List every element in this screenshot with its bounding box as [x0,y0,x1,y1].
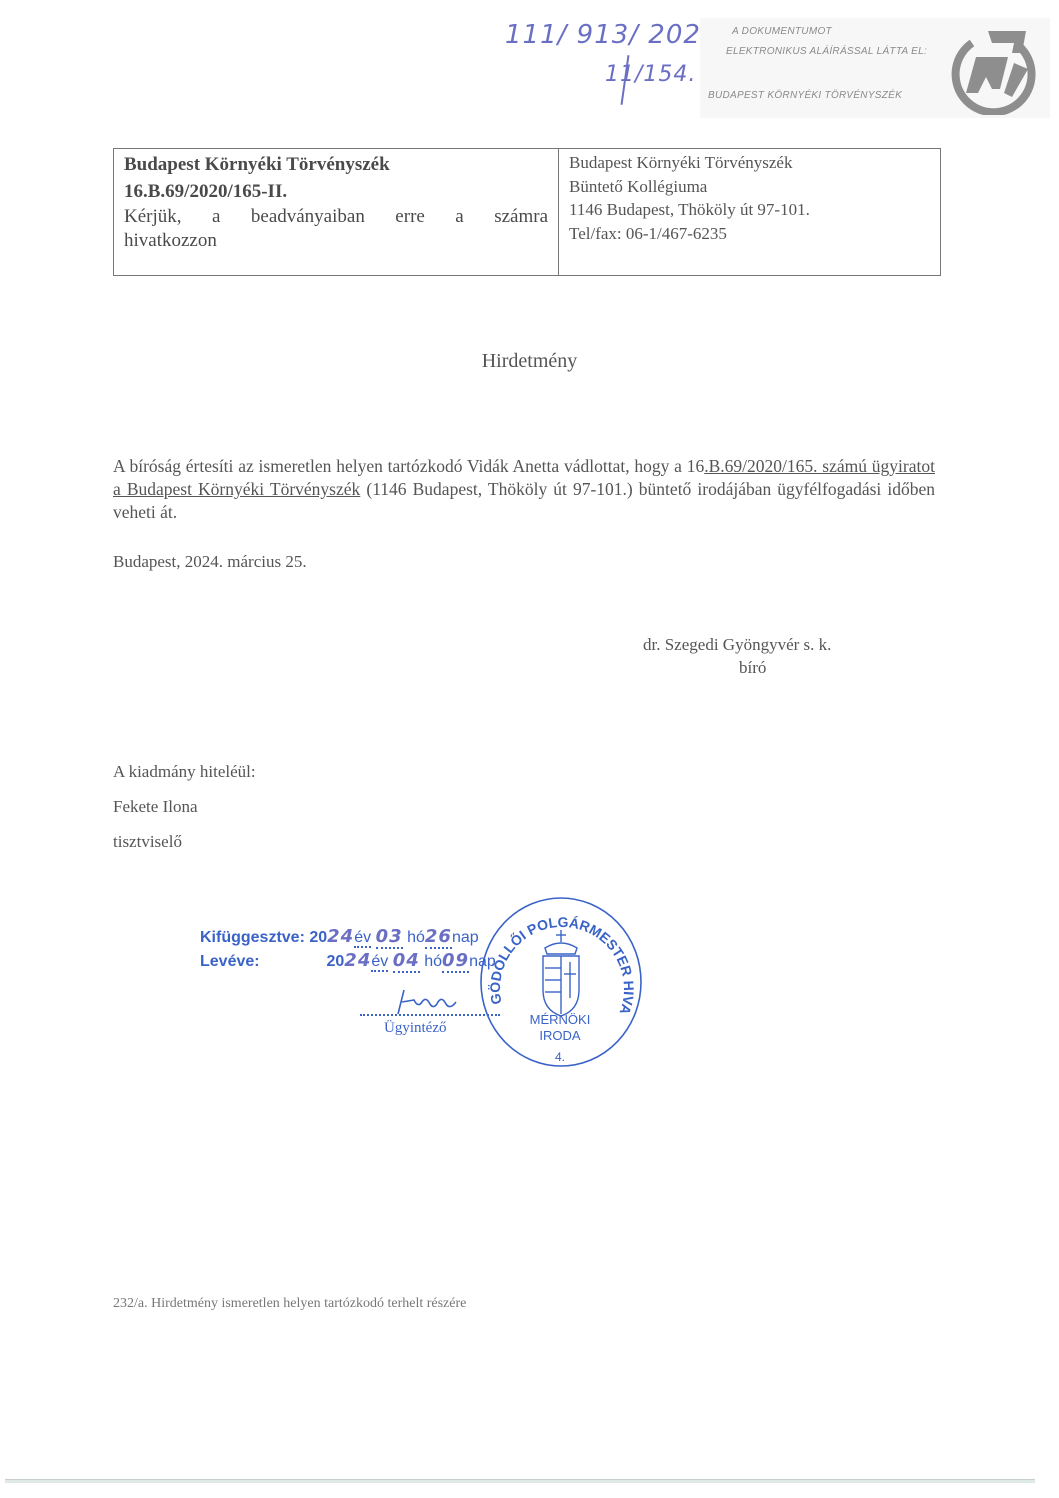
seal-line2: IRODA [475,1028,645,1043]
scan-edge-line [5,1479,1035,1483]
svg-text:GÖDÖLLŐI POLGÁRMESTER HIVATAL: GÖDÖLLŐI POLGÁRMESTER HIVATAL [475,890,637,1017]
certification-label: A kiadmány hiteléül: [113,762,256,782]
esign-line3: BUDAPEST KÖRNYÉKI TÖRVÉNYSZÉK [708,90,902,101]
body-paragraph: A bíróság értesíti az ismeretlen helyen … [113,455,935,524]
handwritten-ref-line2: 11/154. [605,62,696,87]
esignature-stamp: A DOKUMENTUMOT ELEKTRONIKUS ALÁÍRÁSSAL L… [700,18,1050,118]
seal-line1: MÉRNÖKI [475,1012,645,1027]
removed-month-suffix: hó [424,953,442,970]
esign-line1: A DOKUMENTUMOT [732,26,832,37]
body-text-1: A bíróság értesíti az ismeretlen helyen … [113,456,704,476]
posting-stamp: Kifüggesztve: 2024év 03 hó26nap Levéve: … [200,920,500,1050]
reference-note-line1: Kérjük, a beadványaiban erre a számra [124,205,548,229]
footer-note: 232/a. Hirdetmény ismeretlen helyen tart… [113,1296,466,1312]
reference-note-line2: hivatkozzon [124,229,548,253]
posted-year-prefix: 20 [309,929,327,946]
removed-year: 24 [344,950,371,971]
case-reference-cell: Budapest Környéki Törvényszék 16.B.69/20… [114,149,559,275]
removed-day: 09 [442,950,469,973]
posted-year-suffix: év [354,929,371,948]
posted-month: 03 [376,926,403,949]
certifier-name: Fekete Ilona [113,797,198,817]
certifier-role: tisztviselő [113,832,182,852]
seal-number: 4. [475,1050,645,1064]
removed-year-prefix: 20 [327,953,345,970]
signer-role: bíró [739,658,766,678]
address-street: 1146 Budapest, Thököly út 97-101. [569,198,930,222]
posted-row: Kifüggesztve: 2024év 03 hó26nap [200,926,479,947]
seal-ring-text: GÖDÖLLŐI POLGÁRMESTER HIVATAL [475,890,637,1017]
clerk-label: Ügyintéző [384,1020,446,1037]
address-phone: Tel/fax: 06-1/467-6235 [569,222,930,246]
removed-row: Levéve: 2024év 04 hó09nap [200,950,496,971]
removed-label: Levéve: [200,953,260,970]
case-number: 16.B.69/2020/165-II. [124,178,548,205]
header-box: Budapest Környéki Törvényszék 16.B.69/20… [113,148,941,276]
address-court: Budapest Környéki Törvényszék [569,151,930,175]
posted-label: Kifüggesztve: [200,929,305,946]
posted-year: 24 [327,926,354,947]
address-department: Büntető Kollégiuma [569,175,930,199]
coat-of-arms-icon [543,930,579,1016]
court-logo-icon [942,23,1042,115]
round-seal: GÖDÖLLŐI POLGÁRMESTER HIVATAL MÉRNÖKI IR… [475,890,645,1068]
posted-day: 26 [425,926,452,949]
esign-line2: ELEKTRONIKUS ALÁÍRÁSSAL LÁTTA EL: [726,46,927,57]
handwritten-ref-line1: 111/ 913/ 2024. [505,20,728,50]
posted-month-suffix: hó [407,929,425,946]
document-title: Hirdetmény [0,350,1059,373]
court-name: Budapest Környéki Törvényszék [124,151,548,178]
signer-name: dr. Szegedi Gyöngyvér s. k. [643,635,831,655]
removed-month: 04 [393,950,420,973]
removed-year-suffix: év [371,953,388,972]
court-address-cell: Budapest Környéki Törvényszék Büntető Ko… [559,149,940,275]
place-date: Budapest, 2024. március 25. [113,552,307,572]
